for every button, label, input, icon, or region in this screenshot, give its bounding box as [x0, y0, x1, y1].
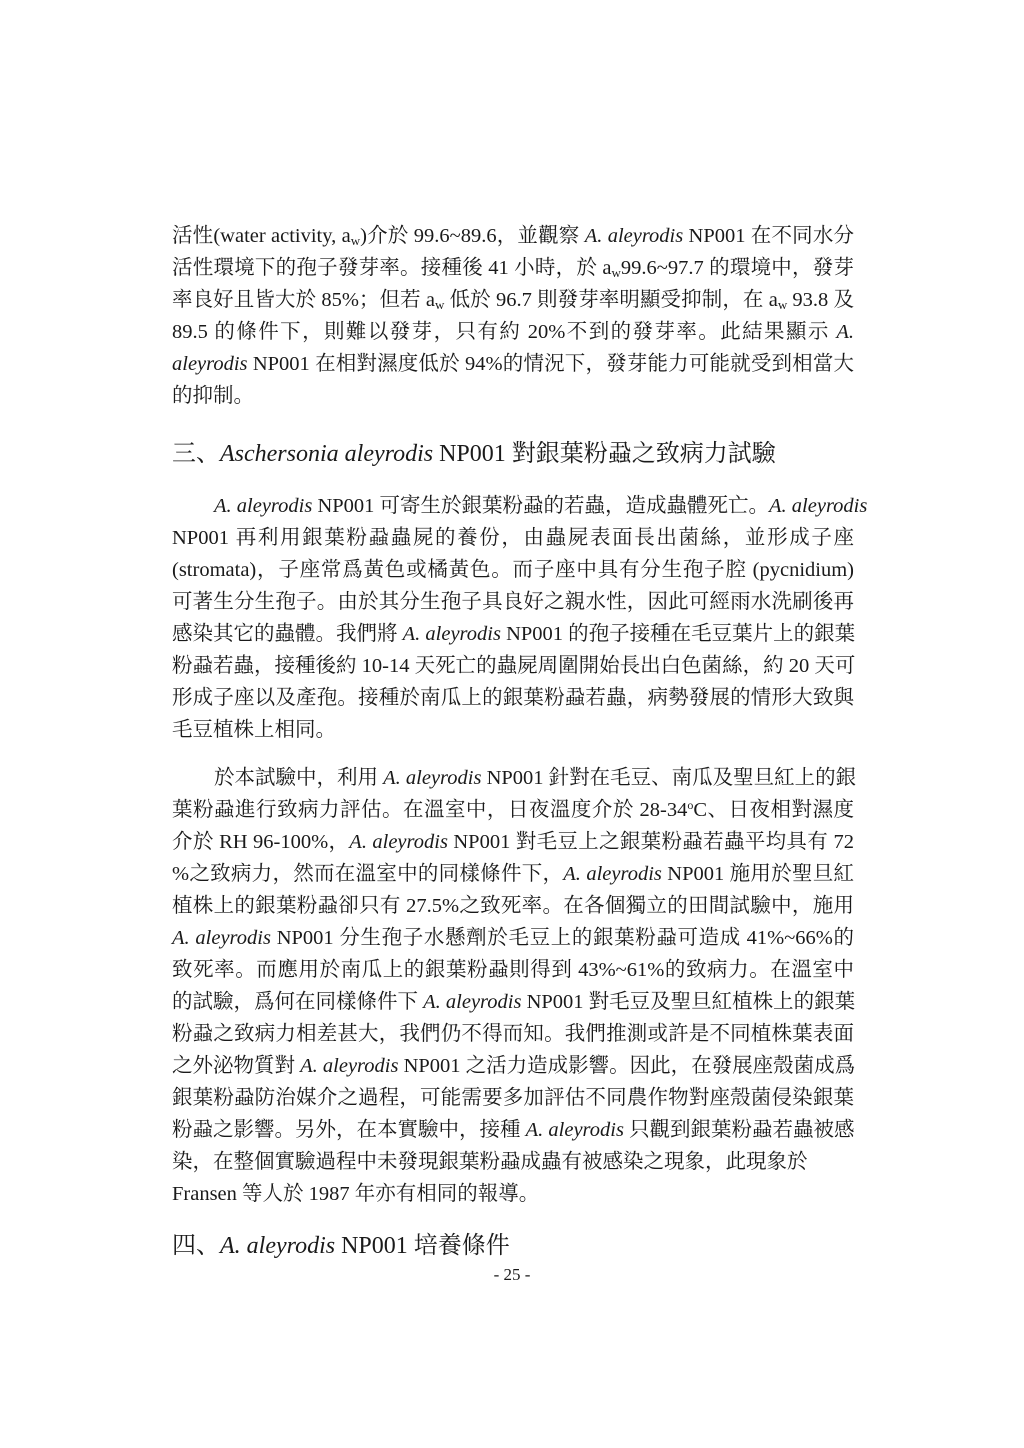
text-line: 粉蝨之致病力相差甚大，我們仍不得而知。我們推測或許是不同植株葉表面	[172, 1018, 854, 1050]
text-line: (stromata)，子座常爲黃色或橘黃色。而子座中具有分生孢子腔 (pycni…	[172, 554, 854, 586]
paragraph-pathogenicity-results: 於本試驗中，利用 A. aleyrodis NP001 針對在毛豆、南瓜及聖旦紅…	[172, 762, 854, 1210]
text-line: 染，在整個實驗過程中未發現銀葉粉蝨成蟲有被感染之現象，此現象於	[172, 1146, 854, 1178]
species-name: A. aleyrodis	[220, 1233, 335, 1259]
section-heading-3: 三、Aschersonia aleyrodis NP001 對銀葉粉蝨之致病力試…	[172, 434, 854, 474]
text-line: 之外泌物質對 A. aleyrodis NP001 之活力造成影響。因此，在發展…	[172, 1050, 854, 1082]
text-line: 感染其它的蟲體。我們將 A. aleyrodis NP001 的孢子接種在毛豆葉…	[172, 618, 854, 650]
text-line: 毛豆植株上相同。	[172, 714, 854, 746]
spacer	[172, 474, 854, 490]
page-number: - 25 -	[0, 1265, 1024, 1285]
species-name: A. aleyrodis	[214, 495, 312, 517]
text-line: 活性環境下的孢子發芽率。接種後 41 小時，於 aw99.6~97.7 的環境中…	[172, 252, 854, 284]
text-line: 粉蝨若蟲，接種後約 10-14 天死亡的蟲屍周圍開始長出白色菌絲，約 20 天可	[172, 650, 854, 682]
text-line: A. aleyrodis NP001 分生孢子水懸劑於毛豆上的銀葉粉蝨可造成 4…	[172, 922, 854, 954]
text-line: 的試驗，爲何在同樣條件下 A. aleyrodis NP001 對毛豆及聖旦紅植…	[172, 986, 854, 1018]
text-line: Fransen 等人於 1987 年亦有相同的報導。	[172, 1178, 854, 1210]
species-name: A. aleyrodis	[423, 991, 521, 1013]
spacer	[172, 412, 854, 434]
text-line: 葉粉蝨進行致病力評估。在溫室中，日夜溫度介於 28-34oC、日夜相對濕度	[172, 794, 854, 826]
species-name: A. aleyrodis	[300, 1055, 398, 1077]
species-name: A. aleyrodis	[526, 1119, 624, 1141]
text-line: %之致病力，然而在溫室中的同樣條件下，A. aleyrodis NP001 施用…	[172, 858, 854, 890]
species-name: A. aleyrodis	[769, 495, 867, 517]
text-line: 形成子座以及產孢。接種於南瓜上的銀葉粉蝨若蟲，病勢發展的情形大致與	[172, 682, 854, 714]
paragraph-pathogenicity-intro: A. aleyrodis NP001 可寄生於銀葉粉蝨的若蟲，造成蟲體死亡。A.…	[172, 490, 854, 746]
text-line: 的抑制。	[172, 380, 854, 412]
text-line: 率良好且皆大於 85%；但若 aw 低於 96.7 則發芽率明顯受抑制，在 aw…	[172, 284, 854, 316]
text-line: 可著生分生孢子。由於其分生孢子具良好之親水性，因此可經雨水洗刷後再	[172, 586, 854, 618]
species-name: A. aleyrodis	[563, 863, 662, 885]
document-page: 活性(water activity, aw)介於 99.6~89.6，並觀察 A…	[172, 220, 854, 1266]
spacer	[172, 746, 854, 762]
text-line: 89.5 的條件下，則難以發芽，只有約 20%不到的發芽率。此結果顯示 A.	[172, 316, 854, 348]
species-name: A. aleyrodis	[349, 831, 448, 853]
section-heading-4: 四、A. aleyrodis NP001 培養條件	[172, 1226, 854, 1266]
text-line: 活性(water activity, aw)介於 99.6~89.6，並觀察 A…	[172, 220, 854, 252]
species-name: A. aleyrodis	[585, 225, 683, 247]
text-line: A. aleyrodis NP001 可寄生於銀葉粉蝨的若蟲，造成蟲體死亡。A.…	[172, 490, 854, 522]
species-name: A.	[836, 321, 854, 343]
text-line: 粉蝨之影響。另外，在本實驗中，接種 A. aleyrodis 只觀到銀葉粉蝨若蟲…	[172, 1114, 854, 1146]
text-line: 致死率。而應用於南瓜上的銀葉粉蝨則得到 43%~61%的致病力。在溫室中	[172, 954, 854, 986]
species-name: A. aleyrodis	[403, 623, 501, 645]
text-line: aleyrodis NP001 在相對濕度低於 94%的情況下，發芽能力可能就受…	[172, 348, 854, 380]
text-line: 植株上的銀葉粉蝨卻只有 27.5%之致死率。在各個獨立的田間試驗中，施用	[172, 890, 854, 922]
text-line: NP001 再利用銀葉粉蝨蟲屍的養份，由蟲屍表面長出菌絲，並形成子座	[172, 522, 854, 554]
paragraph-water-activity: 活性(water activity, aw)介於 99.6~89.6，並觀察 A…	[172, 220, 854, 412]
species-name: A. aleyrodis	[383, 767, 481, 789]
species-name: A. aleyrodis	[172, 927, 271, 949]
text-line: 於本試驗中，利用 A. aleyrodis NP001 針對在毛豆、南瓜及聖旦紅…	[172, 762, 854, 794]
species-name: Aschersonia aleyrodis	[220, 441, 433, 467]
spacer	[172, 1210, 854, 1226]
text-line: 介於 RH 96-100%，A. aleyrodis NP001 對毛豆上之銀葉…	[172, 826, 854, 858]
text-line: 銀葉粉蝨防治媒介之過程，可能需要多加評估不同農作物對座殼菌侵染銀葉	[172, 1082, 854, 1114]
species-name: aleyrodis	[172, 353, 248, 375]
